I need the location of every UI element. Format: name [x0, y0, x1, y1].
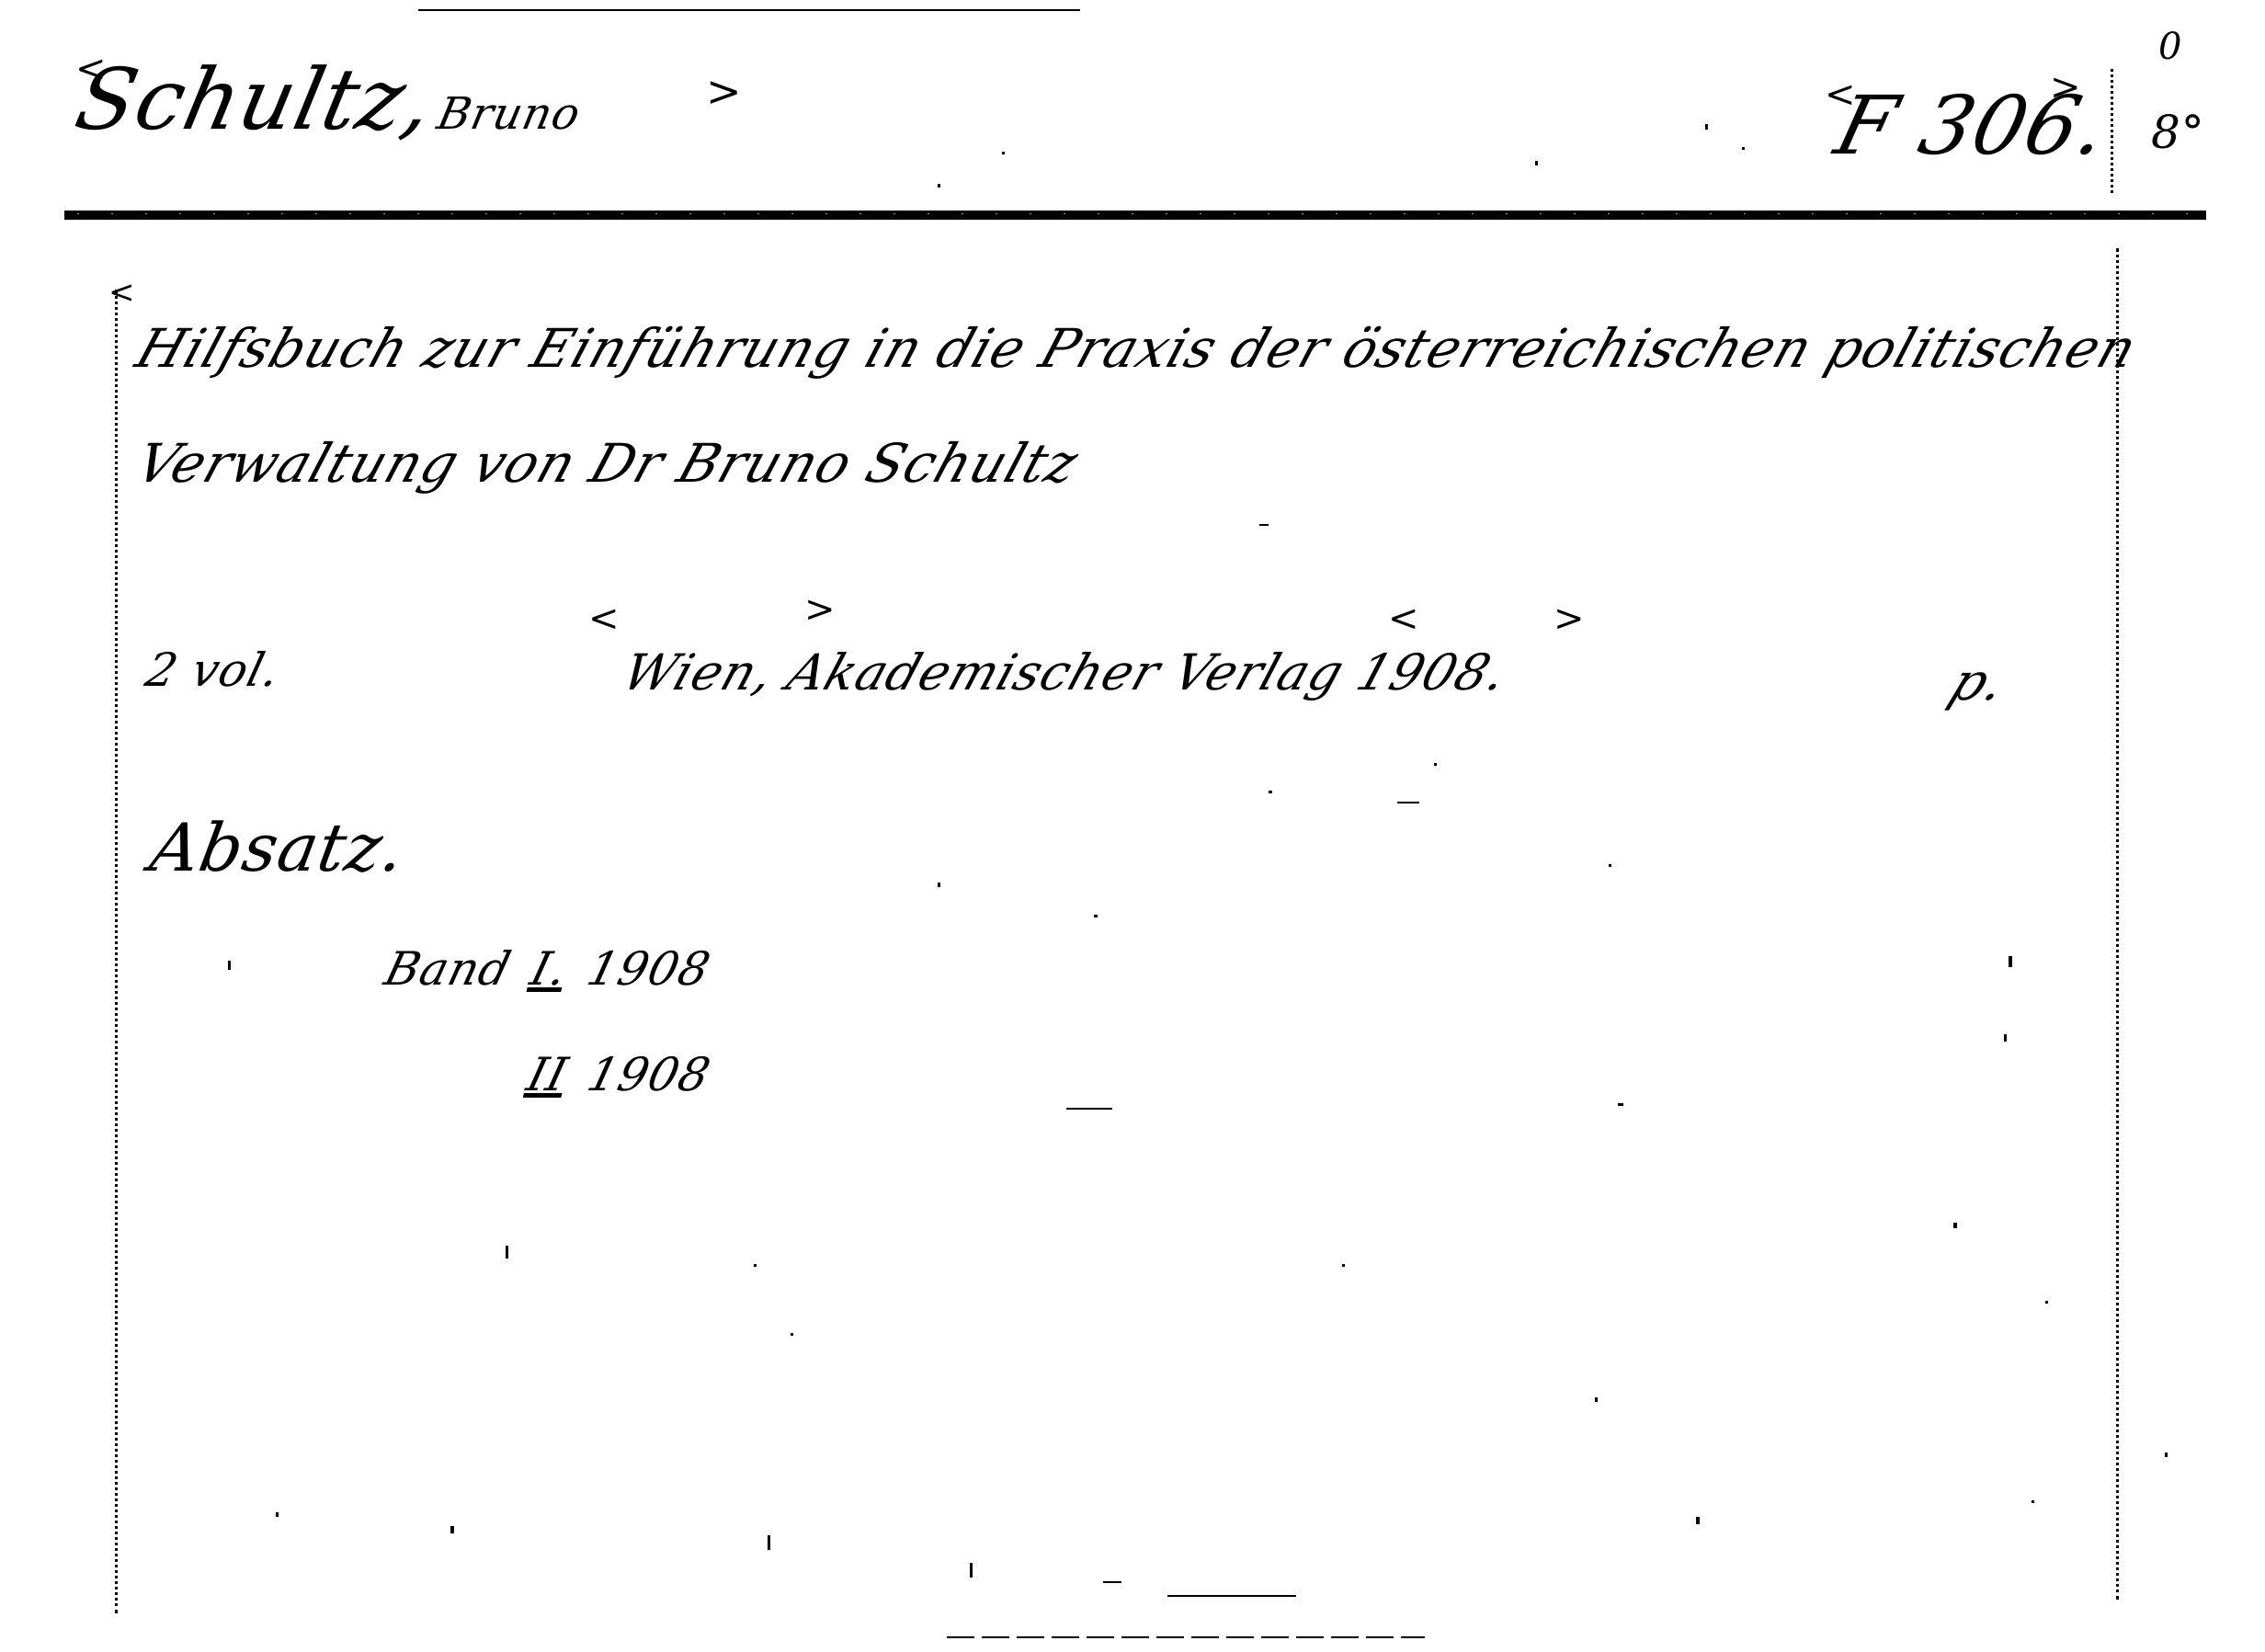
- title-line-1: Hilfsbuch zur Einführung in die Praxis d…: [129, 317, 2145, 380]
- author-forename: Bruno: [433, 88, 586, 140]
- volume-entry: II1908: [522, 1048, 716, 1101]
- title-line-2: Verwaltung von Dr Bruno Schultz: [129, 432, 1087, 495]
- left-dotted-border: [115, 290, 118, 1613]
- volume-number: II: [522, 1048, 574, 1101]
- header-rule: [64, 211, 2206, 220]
- imprint: Wien, Akademischer Verlag 1908.: [616, 644, 1516, 701]
- edit-mark-close: >: [706, 66, 743, 116]
- author-heading: Schultz,Bruno: [68, 51, 594, 149]
- bottom-rule: [947, 1636, 1425, 1638]
- author-surname: Schultz,: [68, 51, 443, 149]
- edit-mark-open: <: [588, 598, 620, 640]
- right-dotted-border: [2116, 248, 2119, 1600]
- contents-heading: Absatz.: [145, 809, 412, 886]
- volume-entry: BandI.1908: [380, 942, 716, 996]
- edit-mark-close: >: [1554, 598, 1586, 640]
- shelf-mark-top: 0: [2158, 26, 2182, 68]
- bottom-rule-fragment: [1167, 1595, 1296, 1597]
- edit-mark-open: <: [108, 274, 136, 311]
- volume-count: 2 vol.: [141, 644, 286, 697]
- volume-year: 1908: [582, 1048, 716, 1101]
- volume-year: 1908: [582, 942, 716, 996]
- top-rule: [418, 9, 1080, 11]
- pages-label: p.: [1941, 653, 2017, 712]
- volume-label: Band: [380, 942, 517, 996]
- volume-number: I.: [526, 942, 574, 996]
- format-mark: 8°: [2151, 106, 2205, 159]
- edit-mark-close: >: [804, 588, 837, 631]
- edit-mark-open: <: [1388, 598, 1420, 640]
- edit-mark-close: >: [2050, 66, 2082, 108]
